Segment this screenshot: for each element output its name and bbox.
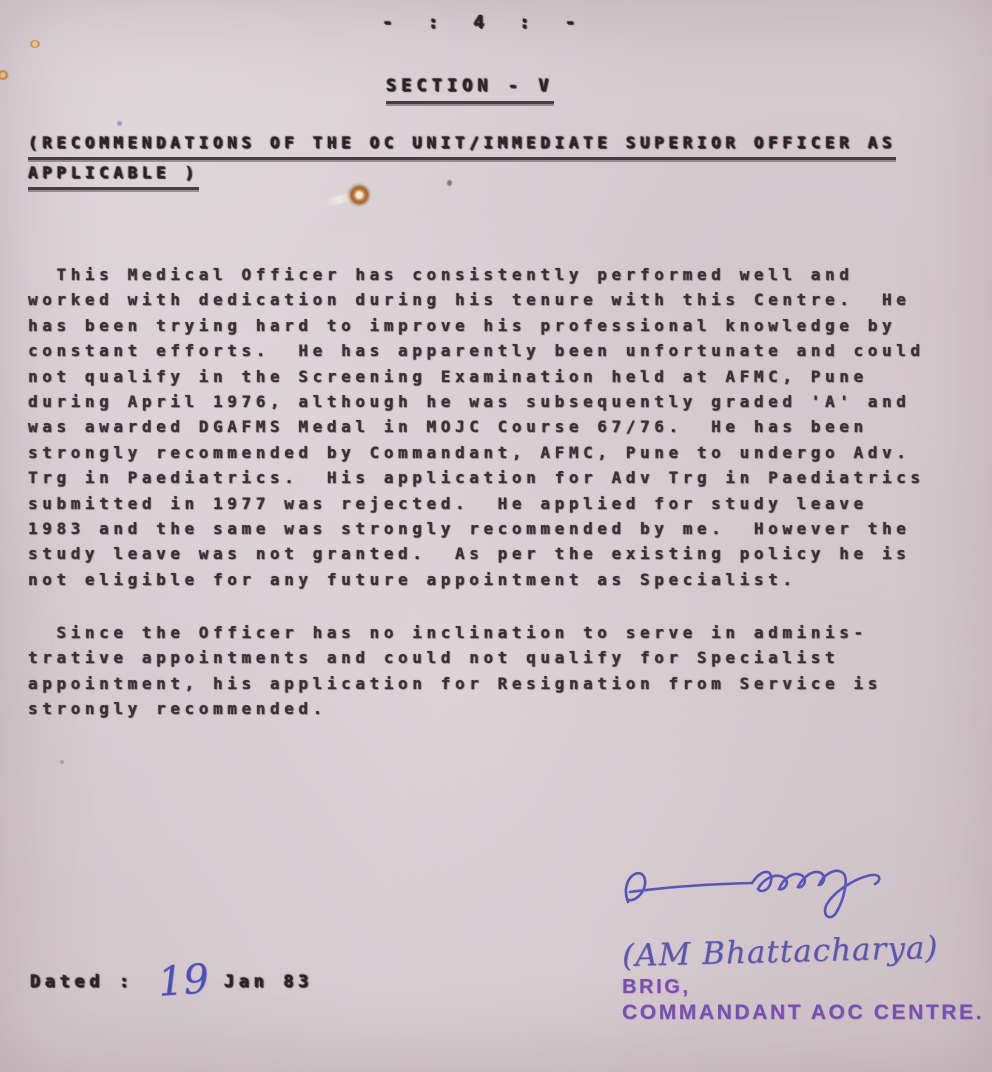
section-title: SECTION - V (386, 74, 554, 104)
recommendations-heading-line2: APPLICABLE ) (28, 160, 199, 190)
dust-speck (60, 760, 64, 764)
stamp-unit: COMMANDANT AOC CENTRE. (622, 1001, 984, 1025)
rust-speck (30, 40, 40, 48)
dated-month-year: Jan 83 (224, 970, 313, 995)
handwritten-day: 19 (156, 956, 210, 1005)
recommendations-heading-line1: (RECOMMENDATIONS OF THE OC UNIT/IMMEDIAT… (28, 130, 896, 160)
signatory-name-handwritten: (AM Bhattacharya) (622, 930, 939, 974)
ink-speck (117, 121, 122, 126)
recommendations-heading-line2-text: APPLICABLE ) (28, 160, 199, 190)
dated-label: Dated : (30, 970, 134, 995)
body-paragraph-1: This Medical Officer has consistently pe… (28, 262, 925, 592)
burn-spot (345, 183, 371, 207)
document-page: - : 4 : - SECTION - V (RECOMMENDATIONS O… (0, 0, 992, 1072)
body-paragraph-2: Since the Officer has no inclination to … (28, 620, 882, 722)
stamp-rank: BRIG, (622, 976, 691, 999)
dust-speck (447, 180, 452, 186)
page-number: - : 4 : - (382, 10, 588, 35)
burn-spot-highlight (324, 193, 351, 207)
section-title-text: SECTION - V (386, 74, 554, 104)
rust-speck (0, 70, 9, 80)
recommendations-heading-line1-text: (RECOMMENDATIONS OF THE OC UNIT/IMMEDIAT… (28, 130, 896, 160)
signature-scribble (612, 856, 912, 934)
